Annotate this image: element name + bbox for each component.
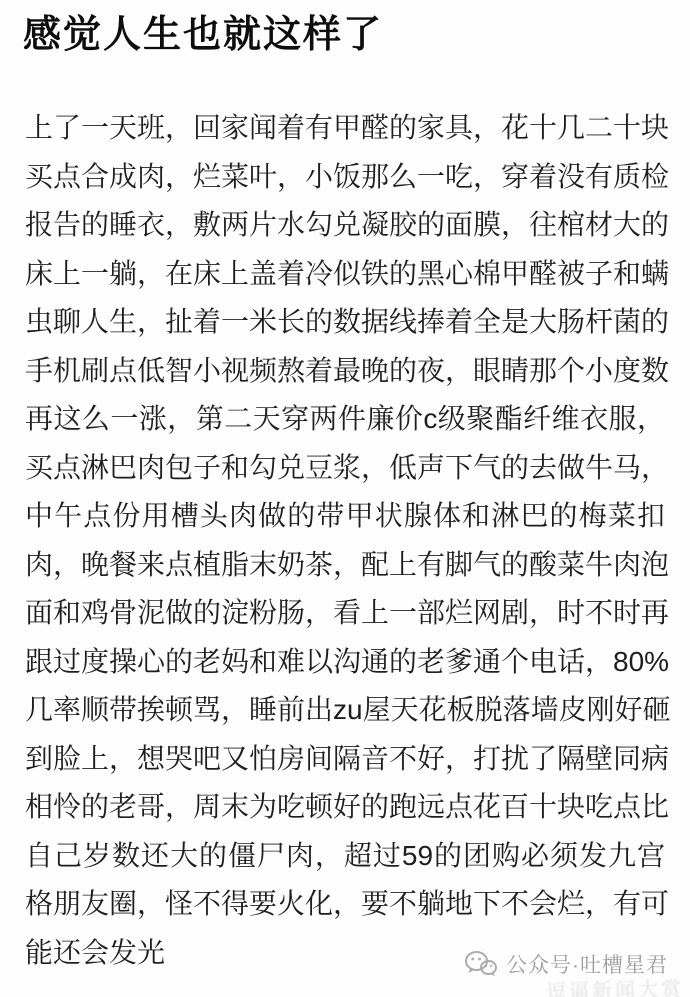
text-line: 相怜的老哥，周末为吃顿好的跑远点花百十块吃点比	[25, 783, 665, 832]
text-line: 跟过度操心的老妈和难以沟通的老爹通个电话，80%	[25, 638, 665, 687]
text-line: 买点合成肉，烂菜叶，小饭那么一吃，穿着没有质检	[25, 153, 665, 202]
wechat-icon	[465, 951, 497, 977]
text-line: 再这么一涨，第二天穿两件廉价c级聚酯纤维衣服，	[25, 395, 665, 444]
post-body: 上了一天班，回家闻着有甲醛的家具，花十几二十块买点合成肉，烂菜叶，小饭那么一吃，…	[25, 104, 665, 977]
text-line: 到脸上，想哭吧又怕房间隔音不好，打扰了隔壁同病	[25, 735, 665, 784]
text-line: 几率顺带挨顿骂，睡前出zu屋天花板脱落墙皮刚好砸	[25, 686, 665, 735]
text-line: 自己岁数还大的僵尸肉，超过59的团购必须发九宫	[25, 832, 665, 881]
watermark: 公众号·吐槽星君	[465, 949, 668, 979]
text-line: 虫聊人生，扯着一米长的数据线捧着全是大肠杆菌的	[25, 298, 665, 347]
post-page: 感觉人生也就这样了 上了一天班，回家闻着有甲醛的家具，花十几二十块买点合成肉，烂…	[0, 0, 690, 997]
text-line: 买点淋巴肉包子和勾兑豆浆，低声下气的去做牛马，	[25, 444, 665, 493]
text-line: 手机刷点低智小视频熬着最晚的夜，眼睛那个小度数	[25, 347, 665, 396]
text-line: 面和鸡骨泥做的淀粉肠，看上一部烂网剧，时不时再	[25, 589, 665, 638]
text-line: 中午点份用槽头肉做的带甲状腺体和淋巴的梅菜扣	[25, 492, 665, 541]
text-line: 床上一躺，在床上盖着冷似铁的黑心棉甲醛被子和螨	[25, 250, 665, 299]
text-line: 报告的睡衣，敷两片水勾兑凝胶的面膜，往棺材大的	[25, 201, 665, 250]
text-line: 格朋友圈，怪不得要火化，要不躺地下不会烂，有可	[25, 880, 665, 929]
watermark-label: 公众号·吐槽星君	[506, 949, 668, 979]
post-title: 感觉人生也就这样了	[23, 12, 383, 58]
text-line: 肉，晚餐来点植脂末奶茶，配上有脚气的酸菜牛肉泡	[25, 541, 665, 590]
text-line: 上了一天班，回家闻着有甲醛的家具，花十几二十块	[25, 104, 665, 153]
